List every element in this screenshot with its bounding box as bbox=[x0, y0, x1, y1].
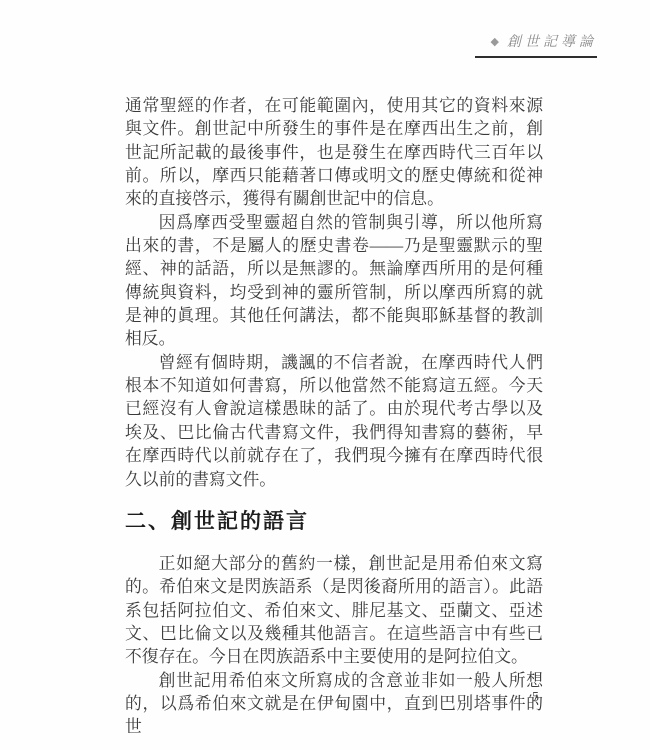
diamond-icon: ◆ bbox=[491, 36, 499, 48]
paragraph: 創世記用希伯來文所寫成的含意並非如一般人所想的，以爲希伯來文就是在伊甸園中，直到… bbox=[125, 669, 543, 739]
paragraph: 正如絕大部分的舊約一樣，創世記是用希伯來文寫的。希伯來文是閃族語系（是閃後裔所用… bbox=[125, 552, 543, 669]
section-heading: 二、創世記的語言 bbox=[125, 507, 543, 537]
paragraph: 因爲摩西受聖靈超自然的管制與引導，所以他所寫出來的書，不是屬人的歷史書卷——乃是… bbox=[125, 211, 543, 351]
running-head-title: 創世記導論 bbox=[507, 35, 597, 50]
paragraph-group-bottom: 正如絕大部分的舊約一樣，創世記是用希伯來文寫的。希伯來文是閃族語系（是閃後裔所用… bbox=[125, 552, 543, 739]
book-page: ◆創世記導論 通常聖經的作者，在可能範圍內，使用其它的資料來源與文件。創世記中所… bbox=[0, 0, 650, 750]
page-number: 5 bbox=[532, 690, 539, 706]
paragraph: 曾經有個時期，譏諷的不信者說，在摩西時代人們根本不知道如何書寫，所以他當然不能寫… bbox=[125, 351, 543, 491]
paragraph: 通常聖經的作者，在可能範圍內，使用其它的資料來源與文件。創世記中所發生的事件是在… bbox=[125, 94, 543, 211]
paragraph-group-top: 通常聖經的作者，在可能範圍內，使用其它的資料來源與文件。創世記中所發生的事件是在… bbox=[125, 94, 543, 491]
page-body: 通常聖經的作者，在可能範圍內，使用其它的資料來源與文件。創世記中所發生的事件是在… bbox=[125, 94, 543, 739]
running-head: ◆創世記導論 bbox=[475, 31, 597, 58]
